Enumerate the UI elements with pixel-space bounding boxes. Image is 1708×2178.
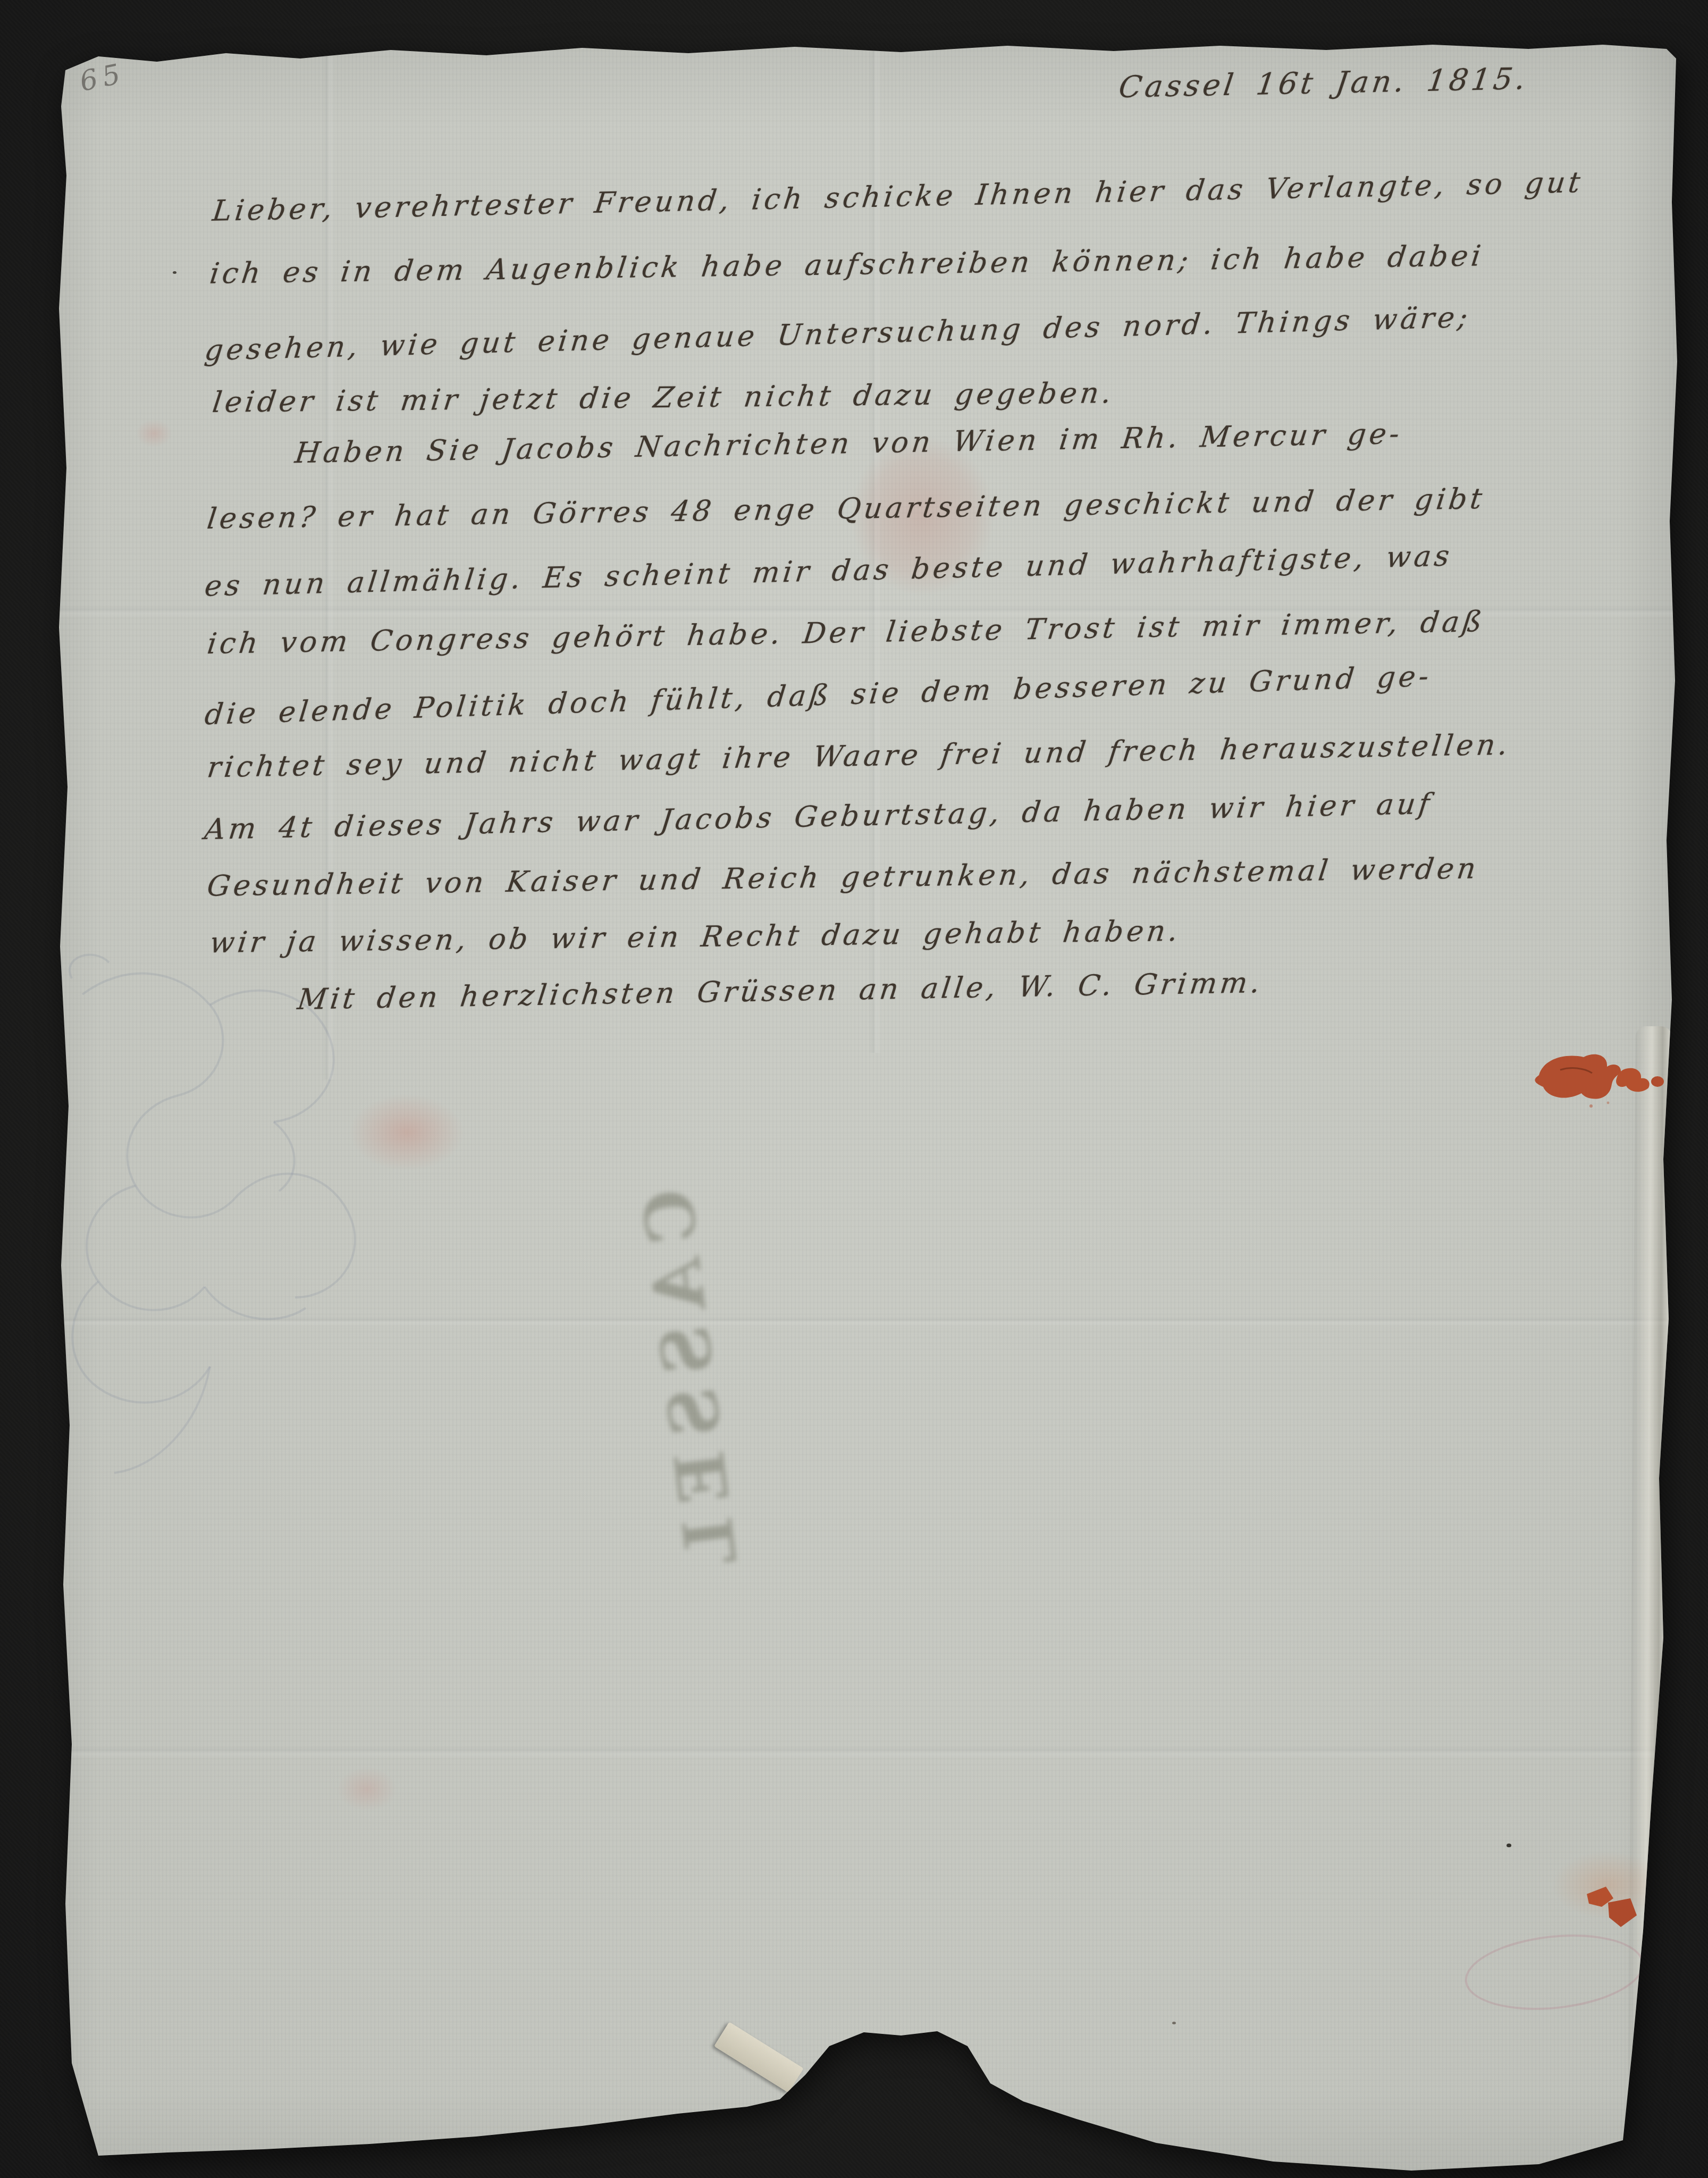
letter-line: es nun allmählig. Es scheint mir das bes… [203, 539, 1454, 603]
letter-line: ich es in dem Augenblick habe aufschreib… [208, 239, 1486, 290]
letter-line: leider ist mir jetzt die Zeit nicht dazu… [211, 376, 1116, 419]
paper-speck [173, 271, 176, 274]
pink-stain-lower [327, 1760, 407, 1819]
horizontal-crease-line [51, 1316, 1682, 1328]
letter-line: Gesundheit von Kaiser und Reich getrunke… [205, 851, 1481, 903]
letter-sheet: CASSEL 65 Cassel 16t Jan. 1815. Lieber, … [51, 43, 1682, 2175]
letter-line: lesen? er hat an Görres 48 enge Quartsei… [205, 482, 1487, 535]
wax-seal-remnant [1528, 1049, 1667, 1112]
letter-line: gesehen, wie gut eine genaue Untersuchun… [203, 300, 1473, 367]
faint-oval-stamp-stain [1461, 1926, 1648, 2018]
wax-seal-fragment [1581, 1882, 1645, 1936]
torn-paper-flap [714, 2022, 804, 2092]
postmark-bleedthrough: CASSEL [628, 1185, 755, 1585]
horizontal-crease-line [51, 1747, 1682, 1758]
pink-stain-small [130, 415, 178, 452]
archive-number-pencil: 65 [77, 57, 129, 98]
letter-line: richtet sey und nicht wagt ihre Waare fr… [205, 728, 1512, 784]
letter-line: die elende Politik doch fühlt, daß sie d… [203, 659, 1434, 732]
paper-shadow-wrap: CASSEL 65 Cassel 16t Jan. 1815. Lieber, … [0, 0, 1708, 2178]
dateline: Cassel 16t Jan. 1815. [1117, 62, 1531, 105]
watermark-ornament [51, 946, 476, 1558]
letter-line: Am 4t dieses Jahrs war Jacobs Geburtstag… [203, 787, 1434, 847]
letter-line: Lieber, verehrtester Freund, ich schicke… [211, 165, 1585, 228]
letter-line: wir ja wissen, ob wir ein Recht dazu geh… [208, 914, 1183, 959]
letter-line: Haben Sie Jacobs Nachrichten von Wien im… [293, 417, 1404, 470]
